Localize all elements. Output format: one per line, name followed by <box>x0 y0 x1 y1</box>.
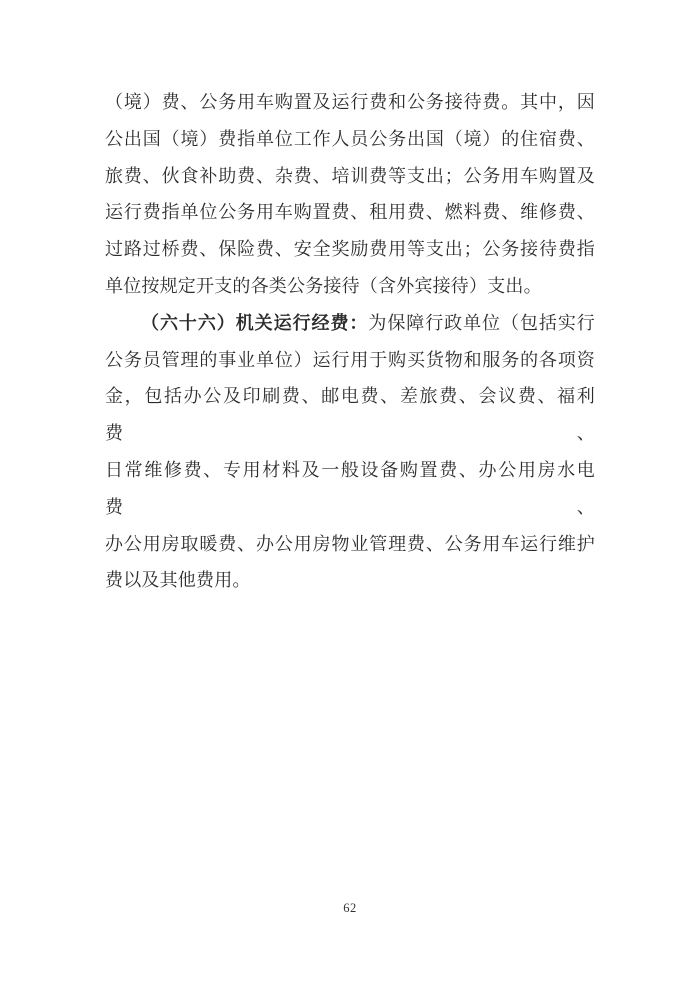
text-line: 日常维修费、专用材料及一般设备购置费、办公用房水电费、 <box>105 452 595 526</box>
document-page: （境）费、公务用车购置及运行费和公务接待费。其中，因公出国（境）费指单位工作人员… <box>0 0 700 989</box>
text-segment: 过路过桥费、保险费、安全奖励费用等支出；公务接待费指 <box>105 239 595 259</box>
text-line: 公务员管理的事业单位）运行用于购买货物和服务的各项资 <box>105 342 595 379</box>
text-line: （境）费、公务用车购置及运行费和公务接待费。其中，因 <box>105 84 595 121</box>
text-segment: 金，包括办公及印刷费、邮电费、差旅费、会议费、福利费、 <box>105 386 595 443</box>
text-segment: 旅费、伙食补助费、杂费、培训费等支出；公务用车购置及 <box>105 166 595 186</box>
text-line: 运行费指单位公务用车购置费、租用费、燃料费、维修费、 <box>105 194 595 231</box>
text-line: 过路过桥费、保险费、安全奖励费用等支出；公务接待费指 <box>105 231 595 268</box>
text-line: 单位按规定开支的各类公务接待（含外宾接待）支出。 <box>105 268 595 305</box>
section-heading-bold: （六十六）机关运行经费： <box>141 313 368 333</box>
text-line: （六十六）机关运行经费：为保障行政单位（包括实行 <box>105 305 595 342</box>
text-segment: 为保障行政单位（包括实行 <box>368 313 595 333</box>
text-line: 办公用房取暖费、办公用房物业管理费、公务用车运行维护 <box>105 526 595 563</box>
text-segment: 单位按规定开支的各类公务接待（含外宾接待）支出。 <box>105 276 542 296</box>
text-segment: 日常维修费、专用材料及一般设备购置费、办公用房水电费、 <box>105 460 595 517</box>
text-line: 公出国（境）费指单位工作人员公务出国（境）的住宿费、 <box>105 121 595 158</box>
text-segment: 公务员管理的事业单位）运行用于购买货物和服务的各项资 <box>105 350 595 370</box>
text-line: 金，包括办公及印刷费、邮电费、差旅费、会议费、福利费、 <box>105 378 595 452</box>
text-segment: 办公用房取暖费、办公用房物业管理费、公务用车运行维护 <box>105 534 595 554</box>
text-line: 旅费、伙食补助费、杂费、培训费等支出；公务用车购置及 <box>105 158 595 195</box>
text-segment: （境）费、公务用车购置及运行费和公务接待费。其中，因 <box>105 92 595 112</box>
text-block: （境）费、公务用车购置及运行费和公务接待费。其中，因公出国（境）费指单位工作人员… <box>105 84 595 599</box>
text-segment: 公出国（境）费指单位工作人员公务出国（境）的住宿费、 <box>105 129 595 149</box>
text-line: 费以及其他费用。 <box>105 562 595 599</box>
text-segment: 费以及其他费用。 <box>105 570 251 590</box>
text-segment: 运行费指单位公务用车购置费、租用费、燃料费、维修费、 <box>105 202 595 222</box>
page-number: 62 <box>0 901 700 916</box>
